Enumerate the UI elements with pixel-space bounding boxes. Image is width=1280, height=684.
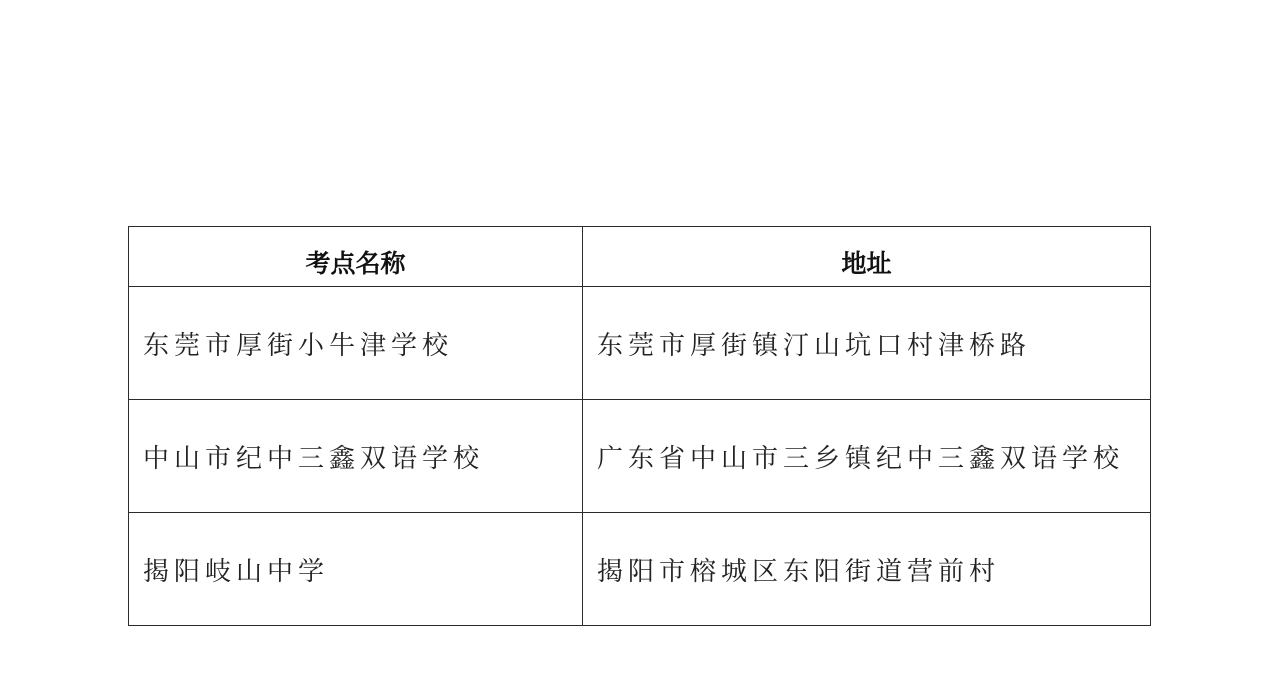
venue-name-cell: 东莞市厚街小牛津学校 xyxy=(129,287,583,400)
table-row: 中山市纪中三鑫双语学校 广东省中山市三乡镇纪中三鑫双语学校 xyxy=(129,400,1151,513)
venue-address-cell: 揭阳市榕城区东阳街道营前村 xyxy=(583,513,1151,626)
table-row: 东莞市厚街小牛津学校 东莞市厚街镇汀山坑口村津桥路 xyxy=(129,287,1151,400)
venue-address-cell: 东莞市厚街镇汀山坑口村津桥路 xyxy=(583,287,1151,400)
exam-venue-table: 考点名称 地址 东莞市厚街小牛津学校 东莞市厚街镇汀山坑口村津桥路 中山市纪中三… xyxy=(128,226,1151,626)
venue-name-cell: 揭阳岐山中学 xyxy=(129,513,583,626)
table-row: 揭阳岐山中学 揭阳市榕城区东阳街道营前村 xyxy=(129,513,1151,626)
header-venue-name: 考点名称 xyxy=(129,227,583,287)
document-page: 考点名称 地址 东莞市厚街小牛津学校 东莞市厚街镇汀山坑口村津桥路 中山市纪中三… xyxy=(0,0,1280,684)
header-address: 地址 xyxy=(583,227,1151,287)
table-header-row: 考点名称 地址 xyxy=(129,227,1151,287)
venue-address-cell: 广东省中山市三乡镇纪中三鑫双语学校 xyxy=(583,400,1151,513)
venue-name-cell: 中山市纪中三鑫双语学校 xyxy=(129,400,583,513)
